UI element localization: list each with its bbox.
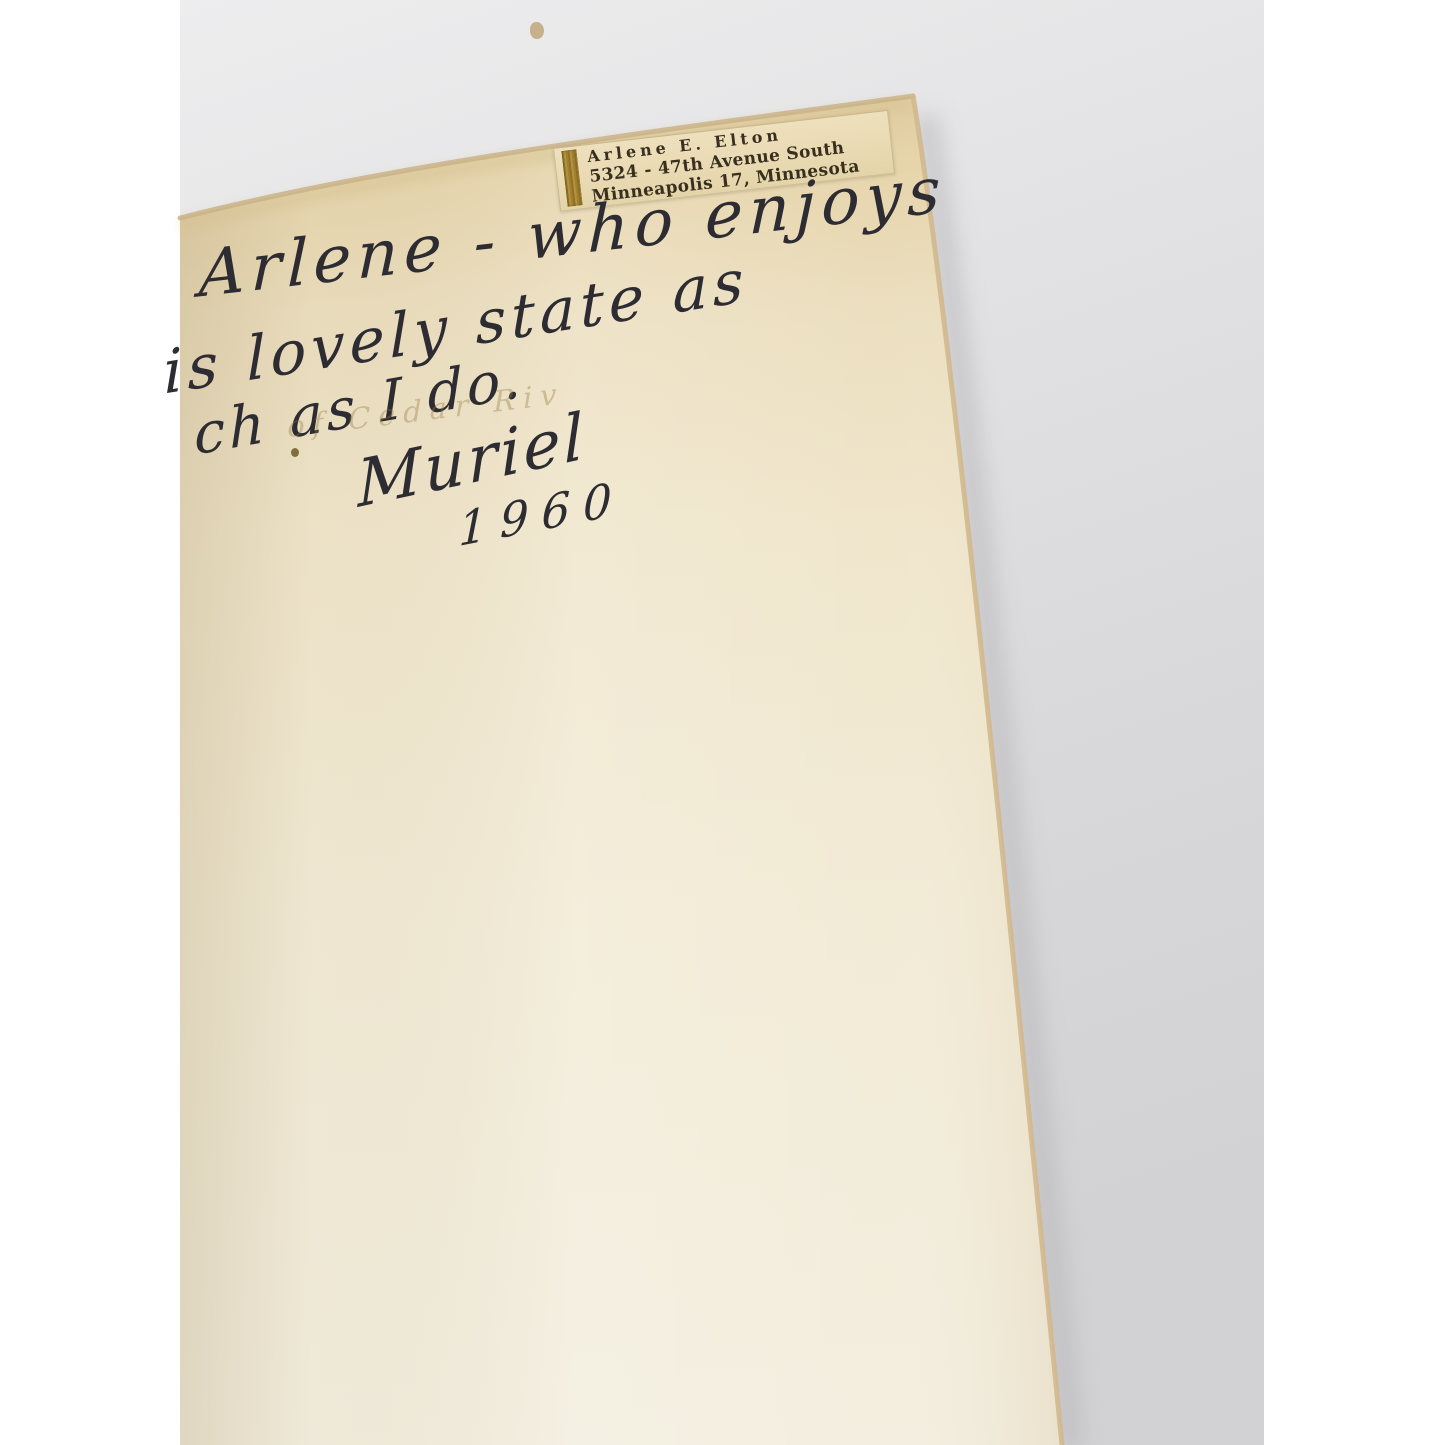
- foxing-dot: [291, 448, 299, 457]
- dust-speck: [530, 22, 544, 39]
- photo-of-book-flyleaf: Arlene E. Elton 5324 - 47th Avenue South…: [0, 0, 1445, 1445]
